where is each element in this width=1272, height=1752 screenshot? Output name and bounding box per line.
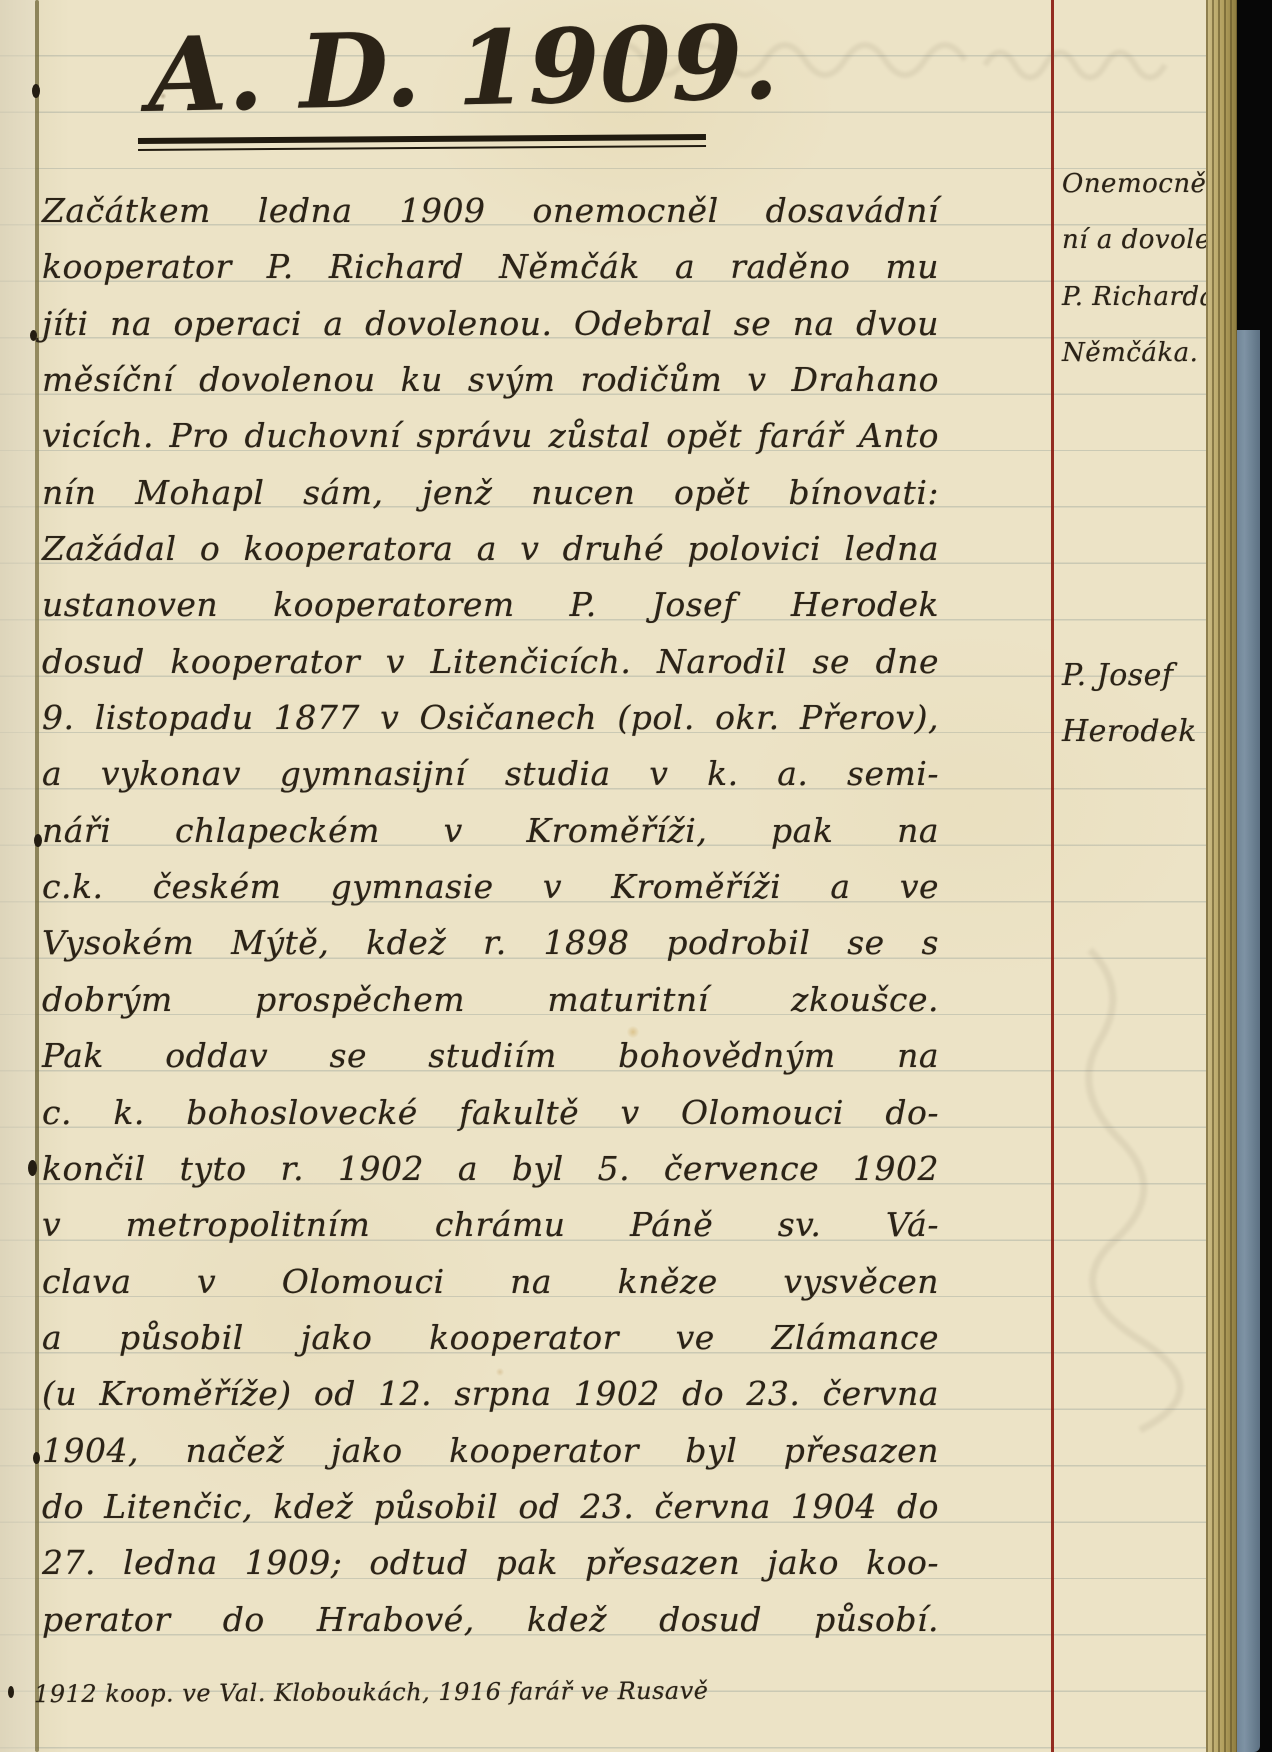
ink-bleedthrough [980,30,1200,90]
title-underline [138,134,706,151]
manuscript-line: kooperator P. Richard Němčák a raděno mu [42,239,939,295]
manuscript-line: Vysokém Mýtě, kdež r. 1898 podrobil se s [42,915,939,971]
ink-blot [30,330,37,341]
manuscript-line: a vykonav gymnasijní studia v k. a. semi… [42,746,939,802]
book-cover-edge [1234,330,1260,1752]
manuscript-line: c.k. českém gymnasie v Kroměříži a ve [42,859,939,915]
manuscript-line: a působil jako kooperator ve Zlámance [42,1310,939,1366]
manuscript-line: dosud kooperator v Litenčicích. Narodil … [42,634,939,690]
red-margin-line [1051,0,1054,1752]
binding-edge-strip [0,0,36,1752]
manuscript-line: 27. ledna 1909; odtud pak přesazen jako … [42,1535,939,1591]
margin-note-illness: Onemocně ní a dovolená P. Richarda Němčá… [1062,156,1222,382]
manuscript-line: v metropolitním chrámu Páně sv. Vá- [42,1197,939,1253]
year-heading: A. D. 1909. [147,2,710,144]
manuscript-line: 1904, načež jako kooperator byl přesazen [42,1423,939,1479]
margin-note-line: P. Richarda [1062,269,1222,325]
manuscript-line: dobrým prospěchem maturitní zkoušce. [42,972,939,1028]
manuscript-line: c. k. bohoslovecké fakultě v Olomouci do… [42,1085,939,1141]
ink-blot [32,84,40,98]
margin-note-line: Onemocně [1062,156,1222,212]
margin-note-herodek: P. Josef Herodek [1062,648,1222,761]
manuscript-line: do Litenčic, kdež působil od 23. června … [42,1479,939,1535]
manuscript-line: Pak oddav se studiím bohovědným na [42,1028,939,1084]
ink-blot [28,1160,37,1176]
margin-note-line: ní a dovolená [1062,212,1222,268]
paper-sheet: A. D. 1909. Začátkem ledna 1909 onemocně… [0,0,1212,1752]
manuscript-line: perator do Hrabové, kdež dosud působí. [42,1592,939,1648]
margin-note-line: Herodek [1062,704,1222,760]
manuscript-line: náři chlapeckém v Kroměříži, pak na [42,803,939,859]
manuscript-line: Začátkem ledna 1909 onemocněl dosavádní [42,183,939,239]
manuscript-line: nín Mohapl sám, jenž nucen opět bínovati… [42,465,939,521]
ink-bleedthrough [1070,940,1220,1440]
binding-crease-line [35,0,39,1752]
manuscript-line: měsíční dovolenou ku svým rodičům v Drah… [42,352,939,408]
book-page-edges [1206,0,1237,1752]
scanned-page: A. D. 1909. Začátkem ledna 1909 onemocně… [0,0,1272,1752]
manuscript-line: Zažádal o kooperatora a v druhé polovici… [42,521,939,577]
margin-note-line: Němčáka. [1062,325,1222,381]
manuscript-body: Začátkem ledna 1909 onemocněl dosavádní … [42,183,939,1648]
manuscript-line: ustanoven kooperatorem P. Josef Herodek [42,577,939,633]
ink-blot [34,834,42,847]
margin-note-line: P. Josef [1062,648,1222,704]
manuscript-line: clava v Olomouci na kněze vysvěcen [42,1254,939,1310]
manuscript-line: jíti na operaci a dovolenou. Odebral se … [42,296,939,352]
ink-blot [8,1686,14,1698]
manuscript-line: 9. listopadu 1877 v Osičanech (pol. okr.… [42,690,939,746]
later-addition-note: 1912 koop. ve Val. Kloboukách, 1916 fará… [34,1674,854,1710]
manuscript-line: vicích. Pro duchovní správu zůstal opět … [42,408,939,464]
manuscript-line: (u Kroměříže) od 12. srpna 1902 do 23. č… [42,1366,939,1422]
ink-blot [33,1452,40,1464]
manuscript-line: končil tyto r. 1902 a byl 5. července 19… [42,1141,939,1197]
